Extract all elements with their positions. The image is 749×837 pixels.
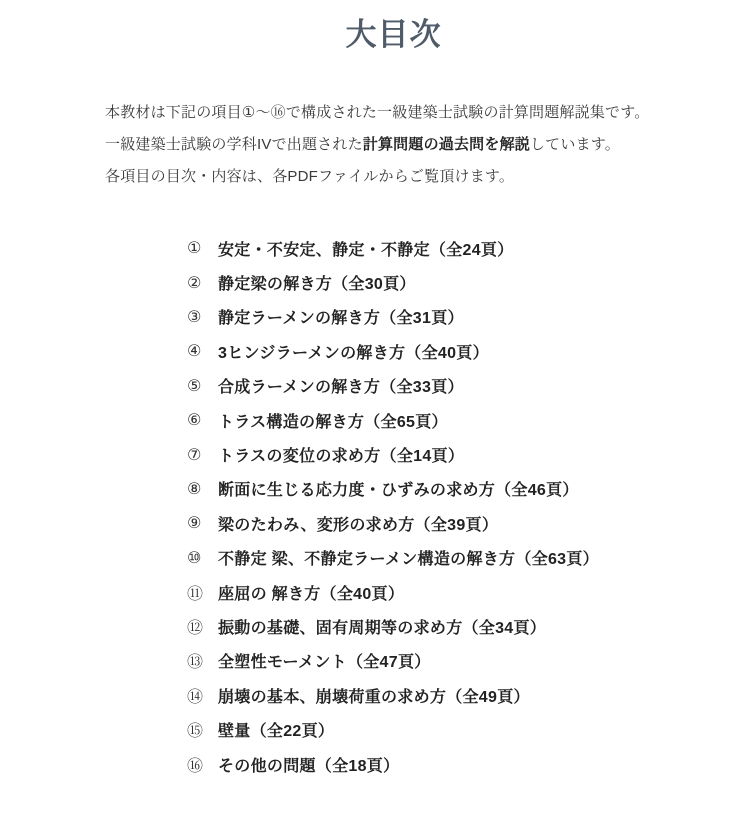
toc-item-label: 3ヒンジラーメンの解き方（全40頁）	[218, 340, 489, 363]
intro-line-3: 各項目の目次・内容は、各PDFファイルからご覧頂けます。	[105, 161, 665, 193]
toc-item-number: ③	[187, 307, 205, 327]
toc-item-number: ⑮	[187, 718, 205, 741]
toc-item-label: トラスの変位の求め方（全14頁）	[218, 443, 464, 466]
toc-item: ⑪座屈の 解き方（全40頁）	[187, 575, 749, 609]
toc-item-label: その他の問題（全18頁）	[218, 753, 399, 776]
toc-item: ⑩不静定 梁、不静定ラーメン構造の解き方（全63頁）	[187, 541, 749, 575]
toc-item-label: 断面に生じる応力度・ひずみの求め方（全46頁）	[218, 477, 579, 500]
toc-item: ⑯その他の問題（全18頁）	[187, 747, 749, 781]
toc-item-label: 座屈の 解き方（全40頁）	[218, 581, 404, 604]
toc-item-label: 静定ラーメンの解き方（全31頁）	[218, 305, 464, 328]
intro-paragraph: 本教材は下記の項目①～⑯で構成された一級建築士試験の計算問題解説集です。 一級建…	[105, 97, 665, 193]
toc-item-number: ④	[187, 341, 205, 361]
toc-item-number: ⑨	[187, 513, 205, 533]
toc-item-label: 不静定 梁、不静定ラーメン構造の解き方（全63頁）	[218, 546, 599, 569]
toc-item-number: ⑦	[187, 445, 205, 465]
toc-item: ⑦トラスの変位の求め方（全14頁）	[187, 437, 749, 471]
toc-item-number: ⑫	[187, 615, 205, 638]
toc-item: ⑮壁量（全22頁）	[187, 712, 749, 746]
toc-item-number: ⑥	[187, 410, 205, 430]
intro-line-3-text: 各項目の目次・内容は、各PDFファイルからご覧頂けます。	[105, 168, 514, 185]
toc-item-label: 壁量（全22頁）	[218, 718, 334, 741]
intro-line-1-text: 本教材は下記の項目①～⑯で構成された一級建築士試験の計算問題解説集です。	[105, 104, 649, 121]
toc-item-label: 安定・不安定、静定・不静定（全24頁）	[218, 237, 514, 260]
toc-item: ⑤合成ラーメンの解き方（全33頁）	[187, 369, 749, 403]
intro-line-1: 本教材は下記の項目①～⑯で構成された一級建築士試験の計算問題解説集です。	[105, 97, 665, 129]
document-page: 大目次 本教材は下記の項目①～⑯で構成された一級建築士試験の計算問題解説集です。…	[0, 0, 749, 837]
toc-item: ⑧断面に生じる応力度・ひずみの求め方（全46頁）	[187, 472, 749, 506]
intro-line-2-post: しています。	[530, 136, 620, 153]
toc-item-label: 崩壊の基本、崩壊荷重の求め方（全49頁）	[218, 684, 530, 707]
toc-item-label: 全塑性モーメント（全47頁）	[218, 649, 431, 672]
intro-line-2-bold: 計算問題の過去問を解説	[363, 136, 530, 153]
toc-item-label: 静定梁の解き方（全30頁）	[218, 271, 416, 294]
toc-item: ⑭崩壊の基本、崩壊荷重の求め方（全49頁）	[187, 678, 749, 712]
toc-item: ④3ヒンジラーメンの解き方（全40頁）	[187, 334, 749, 368]
toc-item: ②静定梁の解き方（全30頁）	[187, 265, 749, 299]
toc-item-number: ①	[187, 238, 205, 258]
toc-item: ③静定ラーメンの解き方（全31頁）	[187, 300, 749, 334]
toc-item-number: ②	[187, 273, 205, 293]
toc-item-number: ⑤	[187, 376, 205, 396]
toc-item-label: 梁のたわみ、変形の求め方（全39頁）	[218, 512, 498, 535]
toc-item: ⑥トラス構造の解き方（全65頁）	[187, 403, 749, 437]
intro-line-2-pre: 一級建築士試験の学科IVで出題された	[105, 136, 363, 153]
toc-item-number: ⑪	[187, 581, 205, 604]
toc-item: ①安定・不安定、静定・不静定（全24頁）	[187, 231, 749, 265]
toc-item-number: ⑧	[187, 479, 205, 499]
toc-item: ⑫振動の基礎、固有周期等の求め方（全34頁）	[187, 609, 749, 643]
toc-item: ⑨梁のたわみ、変形の求め方（全39頁）	[187, 506, 749, 540]
toc-item-number: ⑩	[187, 548, 205, 568]
toc-item-number: ⑭	[187, 684, 205, 707]
toc-item-number: ⑯	[187, 753, 205, 776]
toc-list: ①安定・不安定、静定・不静定（全24頁）②静定梁の解き方（全30頁）③静定ラーメ…	[187, 231, 749, 781]
toc-item: ⑬全塑性モーメント（全47頁）	[187, 644, 749, 678]
toc-item-number: ⑬	[187, 649, 205, 672]
intro-line-2: 一級建築士試験の学科IVで出題された計算問題の過去問を解説しています。	[105, 129, 665, 161]
toc-item-label: トラス構造の解き方（全65頁）	[218, 409, 448, 432]
page-title: 大目次	[0, 0, 749, 54]
toc-item-label: 振動の基礎、固有周期等の求め方（全34頁）	[218, 615, 546, 638]
toc-item-label: 合成ラーメンの解き方（全33頁）	[218, 374, 464, 397]
